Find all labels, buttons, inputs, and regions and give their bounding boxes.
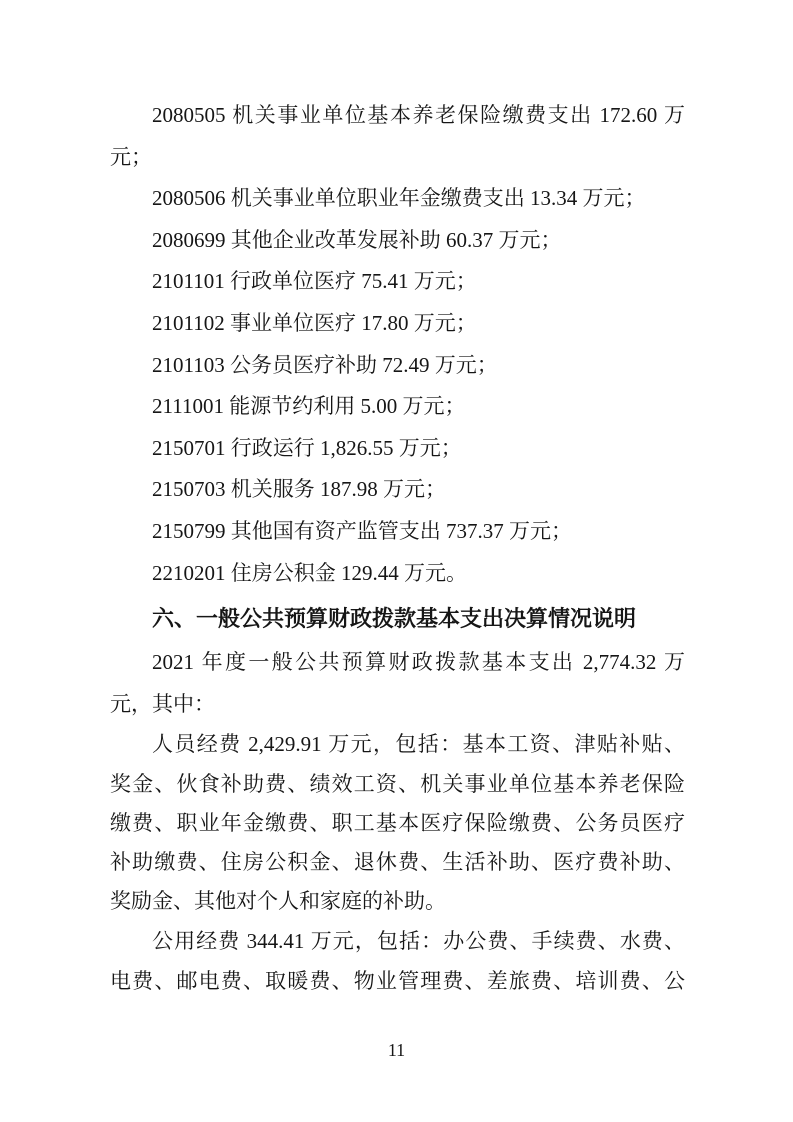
page-number: 11 [0, 1040, 793, 1060]
text-line: 奖励金、其他对个人和家庭的补助。 [110, 882, 685, 921]
text-block: 2150703 机关服务 187.98 万元； [110, 469, 685, 511]
text-line: 补助缴费、住房公积金、退休费、生活补助、医疗费补助、 [110, 843, 685, 882]
text-line: 2101103 公务员医疗补助 72.49 万元； [110, 345, 685, 387]
text-block: 2111001 能源节约利用 5.00 万元； [110, 386, 685, 428]
text-line: 2080506 机关事业单位职业年金缴费支出 13.34 万元； [110, 178, 685, 220]
text-block: 2150799 其他国有资产监管支出 737.37 万元； [110, 511, 685, 553]
text-line: 2111001 能源节约利用 5.00 万元； [110, 386, 685, 428]
text-block: 2080505 机关事业单位基本养老保险缴费支出 172.60 万元； [110, 95, 685, 178]
text-line: 2101102 事业单位医疗 17.80 万元； [110, 303, 685, 345]
text-line: 2021 年度一般公共预算财政拨款基本支出 2,774.32 万 [110, 642, 685, 684]
text-line: 元； [110, 137, 685, 179]
text-block: 2080699 其他企业改革发展补助 60.37 万元； [110, 220, 685, 262]
text-block: 公用经费 344.41 万元，包括：办公费、手续费、水费、电费、邮电费、取暖费、… [110, 921, 685, 1001]
text-block: 2021 年度一般公共预算财政拨款基本支出 2,774.32 万元，其中： [110, 642, 685, 725]
text-line: 2210201 住房公积金 129.44 万元。 [110, 553, 685, 595]
text-line: 2150701 行政运行 1,826.55 万元； [110, 428, 685, 470]
text-block: 2101101 行政单位医疗 75.41 万元； [110, 261, 685, 303]
text-block: 2210201 住房公积金 129.44 万元。 [110, 553, 685, 595]
text-line: 2080505 机关事业单位基本养老保险缴费支出 172.60 万 [110, 95, 685, 137]
text-block: 2080506 机关事业单位职业年金缴费支出 13.34 万元； [110, 178, 685, 220]
document-page: 2080505 机关事业单位基本养老保险缴费支出 172.60 万元；20805… [0, 0, 793, 1122]
text-line: 2150799 其他国有资产监管支出 737.37 万元； [110, 511, 685, 553]
text-line: 电费、邮电费、取暖费、物业管理费、差旅费、培训费、公 [110, 961, 685, 1001]
text-line: 2150703 机关服务 187.98 万元； [110, 469, 685, 511]
text-line: 缴费、职业年金缴费、职工基本医疗保险缴费、公务员医疗 [110, 804, 685, 843]
text-line: 2101101 行政单位医疗 75.41 万元； [110, 261, 685, 303]
text-block: 2101103 公务员医疗补助 72.49 万元； [110, 345, 685, 387]
text-line: 奖金、伙食补助费、绩效工资、机关事业单位基本养老保险 [110, 765, 685, 804]
text-line: 人员经费 2,429.91 万元，包括：基本工资、津贴补贴、 [110, 725, 685, 764]
paragraphs: 2021 年度一般公共预算财政拨款基本支出 2,774.32 万元，其中：人员经… [110, 642, 685, 1001]
text-block: 2150701 行政运行 1,826.55 万元； [110, 428, 685, 470]
text-block: 人员经费 2,429.91 万元，包括：基本工资、津贴补贴、奖金、伙食补助费、绩… [110, 725, 685, 921]
section-heading: 六、一般公共预算财政拨款基本支出决算情况说明 [110, 596, 685, 642]
text-block: 2101102 事业单位医疗 17.80 万元； [110, 303, 685, 345]
text-line: 公用经费 344.41 万元，包括：办公费、手续费、水费、 [110, 921, 685, 961]
page-content: 2080505 机关事业单位基本养老保险缴费支出 172.60 万元；20805… [110, 95, 685, 1001]
text-line: 2080699 其他企业改革发展补助 60.37 万元； [110, 220, 685, 262]
text-line: 元，其中： [110, 684, 685, 726]
budget-items-list: 2080505 机关事业单位基本养老保险缴费支出 172.60 万元；20805… [110, 95, 685, 594]
